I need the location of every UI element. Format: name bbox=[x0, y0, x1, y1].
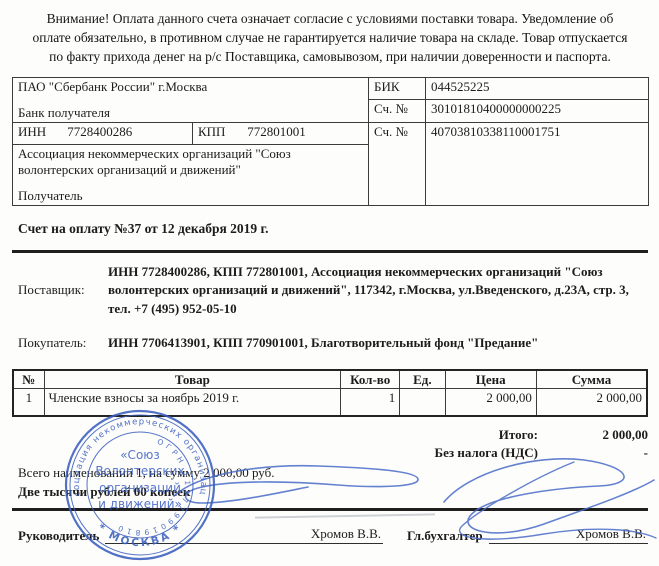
recipient-cell: Ассоциация некоммерческих организаций "С… bbox=[13, 144, 369, 205]
account-value: 40703810338110001751 bbox=[426, 122, 649, 205]
inn-cell: ИНН 7728400286 bbox=[13, 122, 193, 144]
accountant-label: Гл.бухгалтер bbox=[407, 528, 483, 544]
accountant-signature-block: Гл.бухгалтер Хромов В.В. bbox=[407, 526, 648, 544]
bank-details-table: ПАО "Сбербанк России" г.Москва Банк полу… bbox=[12, 77, 649, 206]
amount-in-words: Две тысячи рублей 00 копеек bbox=[18, 484, 648, 500]
inn-label: ИНН bbox=[18, 124, 56, 140]
corr-account-value: 30101810400000000225 bbox=[426, 100, 649, 123]
item-unit bbox=[400, 388, 445, 416]
director-name: Хромов В.В. bbox=[105, 526, 383, 544]
inn-value: 7728400286 bbox=[67, 124, 132, 140]
item-sum: 2 000,00 bbox=[536, 388, 647, 416]
total-label: Итого: bbox=[378, 426, 538, 444]
bik-value: 044525225 bbox=[426, 77, 649, 100]
divider-top bbox=[12, 250, 648, 253]
bik-label: БИК bbox=[369, 77, 426, 100]
account-label: Сч. № bbox=[369, 122, 426, 205]
col-product: Товар bbox=[44, 370, 340, 388]
col-unit: Ед. bbox=[400, 370, 445, 388]
summary-block: Всего наименований 1, на сумму 2 000,00 … bbox=[12, 465, 648, 500]
totals-block: Итого: 2 000,00 Без налога (НДС) - bbox=[12, 426, 648, 461]
recipient-name: Ассоциация некоммерческих организаций "С… bbox=[18, 146, 364, 178]
vat-label: Без налога (НДС) bbox=[378, 444, 538, 462]
bank-cell: ПАО "Сбербанк России" г.Москва Банк полу… bbox=[13, 77, 369, 122]
item-number: 1 bbox=[13, 388, 44, 416]
total-value: 2 000,00 bbox=[538, 426, 648, 444]
signatures-row: Руководитель Хромов В.В. Гл.бухгалтер Хр… bbox=[12, 526, 648, 544]
invoice-document: Внимание! Оплата данного счета означает … bbox=[0, 0, 659, 566]
items-header-row: № Товар Кол-во Ед. Цена Сумма bbox=[13, 370, 647, 388]
col-sum: Сумма bbox=[536, 370, 647, 388]
buyer-row: Покупатель: ИНН 7706413901, КПП 77090100… bbox=[12, 334, 648, 352]
kpp-cell: КПП 772801001 bbox=[193, 122, 369, 144]
corr-account-label: Сч. № bbox=[369, 100, 426, 123]
kpp-label: КПП bbox=[198, 124, 236, 140]
bank-caption: Банк получателя bbox=[18, 105, 364, 121]
director-signature-block: Руководитель Хромов В.В. bbox=[18, 526, 383, 544]
total-row: Итого: 2 000,00 bbox=[12, 426, 648, 444]
buyer-value: ИНН 7706413901, КПП 770901001, Благотвор… bbox=[108, 334, 643, 352]
invoice-title: Счет на оплату №37 от 12 декабря 2019 г. bbox=[12, 221, 648, 237]
vat-row: Без налога (НДС) - bbox=[12, 444, 648, 462]
accountant-name: Хромов В.В. bbox=[489, 526, 648, 544]
payment-notice: Внимание! Оплата данного счета означает … bbox=[28, 10, 632, 67]
buyer-label: Покупатель: bbox=[18, 335, 108, 351]
divider-bottom bbox=[12, 508, 648, 511]
director-label: Руководитель bbox=[18, 528, 99, 544]
item-price: 2 000,00 bbox=[445, 388, 536, 416]
supplier-value: ИНН 7728400286, КПП 772801001, Ассоциаци… bbox=[108, 263, 643, 318]
col-number: № bbox=[13, 370, 44, 388]
pen-stray-line bbox=[255, 513, 435, 518]
recipient-caption: Получатель bbox=[18, 188, 364, 204]
item-name: Членские взносы за ноябрь 2019 г. bbox=[44, 388, 340, 416]
col-qty: Кол-во bbox=[341, 370, 400, 388]
items-count-line: Всего наименований 1, на сумму 2 000,00 … bbox=[18, 465, 648, 481]
vat-value: - bbox=[538, 444, 648, 462]
bank-name: ПАО "Сбербанк России" г.Москва bbox=[18, 79, 364, 95]
table-row: 1 Членские взносы за ноябрь 2019 г. 1 2 … bbox=[13, 388, 647, 416]
kpp-value: 772801001 bbox=[247, 124, 306, 140]
supplier-row: Поставщик: ИНН 7728400286, КПП 772801001… bbox=[12, 263, 648, 318]
col-price: Цена bbox=[445, 370, 536, 388]
items-table: № Товар Кол-во Ед. Цена Сумма 1 Членские… bbox=[12, 369, 648, 417]
supplier-label: Поставщик: bbox=[18, 282, 108, 298]
item-qty: 1 bbox=[341, 388, 400, 416]
